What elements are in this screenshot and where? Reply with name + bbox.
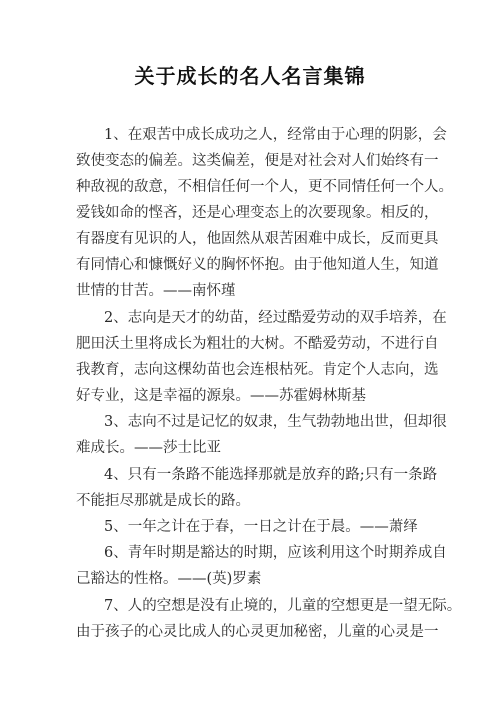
- text-line: 难成长。——莎士比亚: [76, 439, 221, 457]
- text-line: 肥田沃土里将成长为粗壮的大树。不酷爱劳动，不进行自: [76, 335, 439, 353]
- text-line: 2、志向是天才的幼苗，经过酷爱劳动的双手培养，在: [104, 309, 447, 327]
- text-line: 4、只有一条路不能选择那就是放弃的路;只有一条路: [104, 466, 437, 484]
- text-line: 爱钱如命的悭吝，还是心理变态上的次要现象。相反的，: [76, 204, 439, 222]
- document-page: 关于成长的名人名言集锦 1、在艰苦中成长成功之人，经常由于心理的阴影，会 致使变…: [0, 0, 500, 708]
- text-line: 6、青年时期是豁达的时期，应该利用这个时期养成自: [104, 544, 447, 562]
- text-line: 己豁达的性格。——(英)罗素: [76, 570, 261, 588]
- text-line: 我教育，志向这棵幼苗也会连根枯死。肯定个人志向，选: [76, 361, 439, 379]
- text-line: 7、人的空想是没有止境的，儿童的空想更是一望无际。: [104, 597, 461, 615]
- text-line: 1、在艰苦中成长成功之人，经常由于心理的阴影，会: [104, 126, 447, 144]
- text-line: 有器度有见识的人，他固然从艰苦困难中成长，反而更具: [76, 230, 439, 248]
- text-line: 世情的甘苦。——南怀瑾: [76, 282, 236, 300]
- text-line: 种敌视的敌意，不相信任何一个人，更不同情任何一个人。: [76, 178, 453, 196]
- text-line: 不能拒尽那就是成长的路。: [76, 492, 250, 510]
- text-line: 好专业，这是幸福的源泉。——苏霍姆林斯基: [76, 387, 366, 405]
- text-line: 由于孩子的心灵比成人的心灵更加秘密，儿童的心灵是一: [76, 623, 439, 641]
- text-line: 致使变态的偏差。这类偏差，便是对社会对人们始终有一: [76, 152, 439, 170]
- text-line: 5、一年之计在于春，一日之计在于晨。——萧绎: [104, 518, 418, 536]
- text-line: 有同情心和慷慨好义的胸怀怀抱。由于他知道人生，知道: [76, 256, 439, 274]
- document-title: 关于成长的名人名言集锦: [0, 60, 500, 89]
- text-line: 3、志向不过是记忆的奴隶，生气勃勃地出世，但却很: [104, 413, 447, 431]
